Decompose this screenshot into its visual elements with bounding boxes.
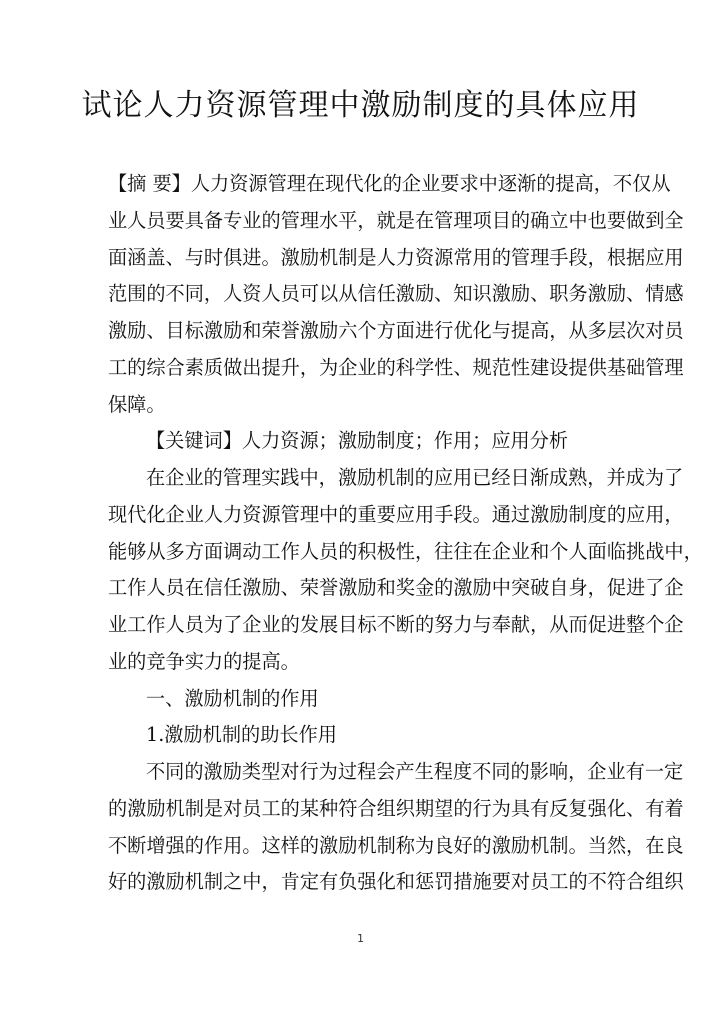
abstract-line: 范围的不同，人资人员可以从信任激励、知识激励、职务激励、情感 bbox=[108, 276, 616, 313]
abstract-line: 工的综合素质做出提升，为企业的科学性、规范性建设提供基础管理 bbox=[108, 350, 616, 387]
intro-line: 现代化企业人力资源管理中的重要应用手段。通过激励制度的应用， bbox=[108, 497, 616, 534]
section-body-line: 好的激励机制之中，肯定有负强化和惩罚措施要对员工的不符合组织 bbox=[108, 864, 616, 901]
document-body: 【摘 要】人力资源管理在现代化的企业要求中逐渐的提高，不仅从 业人员要具备专业的… bbox=[108, 166, 616, 901]
document-title: 试论人力资源管理中激励制度的具体应用 bbox=[0, 86, 721, 126]
intro-paragraph: 在企业的管理实践中，激励机制的应用已经日渐成熟，并成为了 现代化企业人力资源管理… bbox=[108, 460, 616, 681]
abstract-paragraph: 【摘 要】人力资源管理在现代化的企业要求中逐渐的提高，不仅从 业人员要具备专业的… bbox=[108, 166, 616, 423]
document-page: 试论人力资源管理中激励制度的具体应用 【摘 要】人力资源管理在现代化的企业要求中… bbox=[0, 0, 721, 1020]
subsection-heading: 1.激励机制的助长作用 bbox=[108, 717, 616, 754]
keywords-line: 【关键词】人力资源；激励制度；作用；应用分析 bbox=[108, 423, 616, 460]
intro-line: 业的竞争实力的提高。 bbox=[108, 644, 616, 681]
section-body-line: 不同的激励类型对行为过程会产生程度不同的影响，企业有一定 bbox=[108, 754, 616, 791]
abstract-line: 面涵盖、与时俱进。激励机制是人力资源常用的管理手段，根据应用 bbox=[108, 240, 616, 277]
section-body-line: 的激励机制是对员工的某种符合组织期望的行为具有反复强化、有着 bbox=[108, 791, 616, 828]
section-body-paragraph: 不同的激励类型对行为过程会产生程度不同的影响，企业有一定 的激励机制是对员工的某… bbox=[108, 754, 616, 901]
abstract-line: 【摘 要】人力资源管理在现代化的企业要求中逐渐的提高，不仅从 bbox=[108, 166, 616, 203]
abstract-line: 激励、目标激励和荣誉激励六个方面进行优化与提高，从多层次对员 bbox=[108, 313, 616, 350]
intro-line: 在企业的管理实践中，激励机制的应用已经日渐成熟，并成为了 bbox=[108, 460, 616, 497]
section-heading: 一、激励机制的作用 bbox=[108, 681, 616, 718]
abstract-line: 保障。 bbox=[108, 387, 616, 424]
intro-line: 能够从多方面调动工作人员的积极性，往往在企业和个人面临挑战中， bbox=[108, 534, 616, 571]
intro-line: 业工作人员为了企业的发展目标不断的努力与奉献，从而促进整个企 bbox=[108, 607, 616, 644]
section-body-line: 不断增强的作用。这样的激励机制称为良好的激励机制。当然，在良 bbox=[108, 828, 616, 865]
intro-line: 工作人员在信任激励、荣誉激励和奖金的激励中突破自身，促进了企 bbox=[108, 570, 616, 607]
page-number: 1 bbox=[0, 932, 721, 945]
abstract-line: 业人员要具备专业的管理水平，就是在管理项目的确立中也要做到全 bbox=[108, 203, 616, 240]
